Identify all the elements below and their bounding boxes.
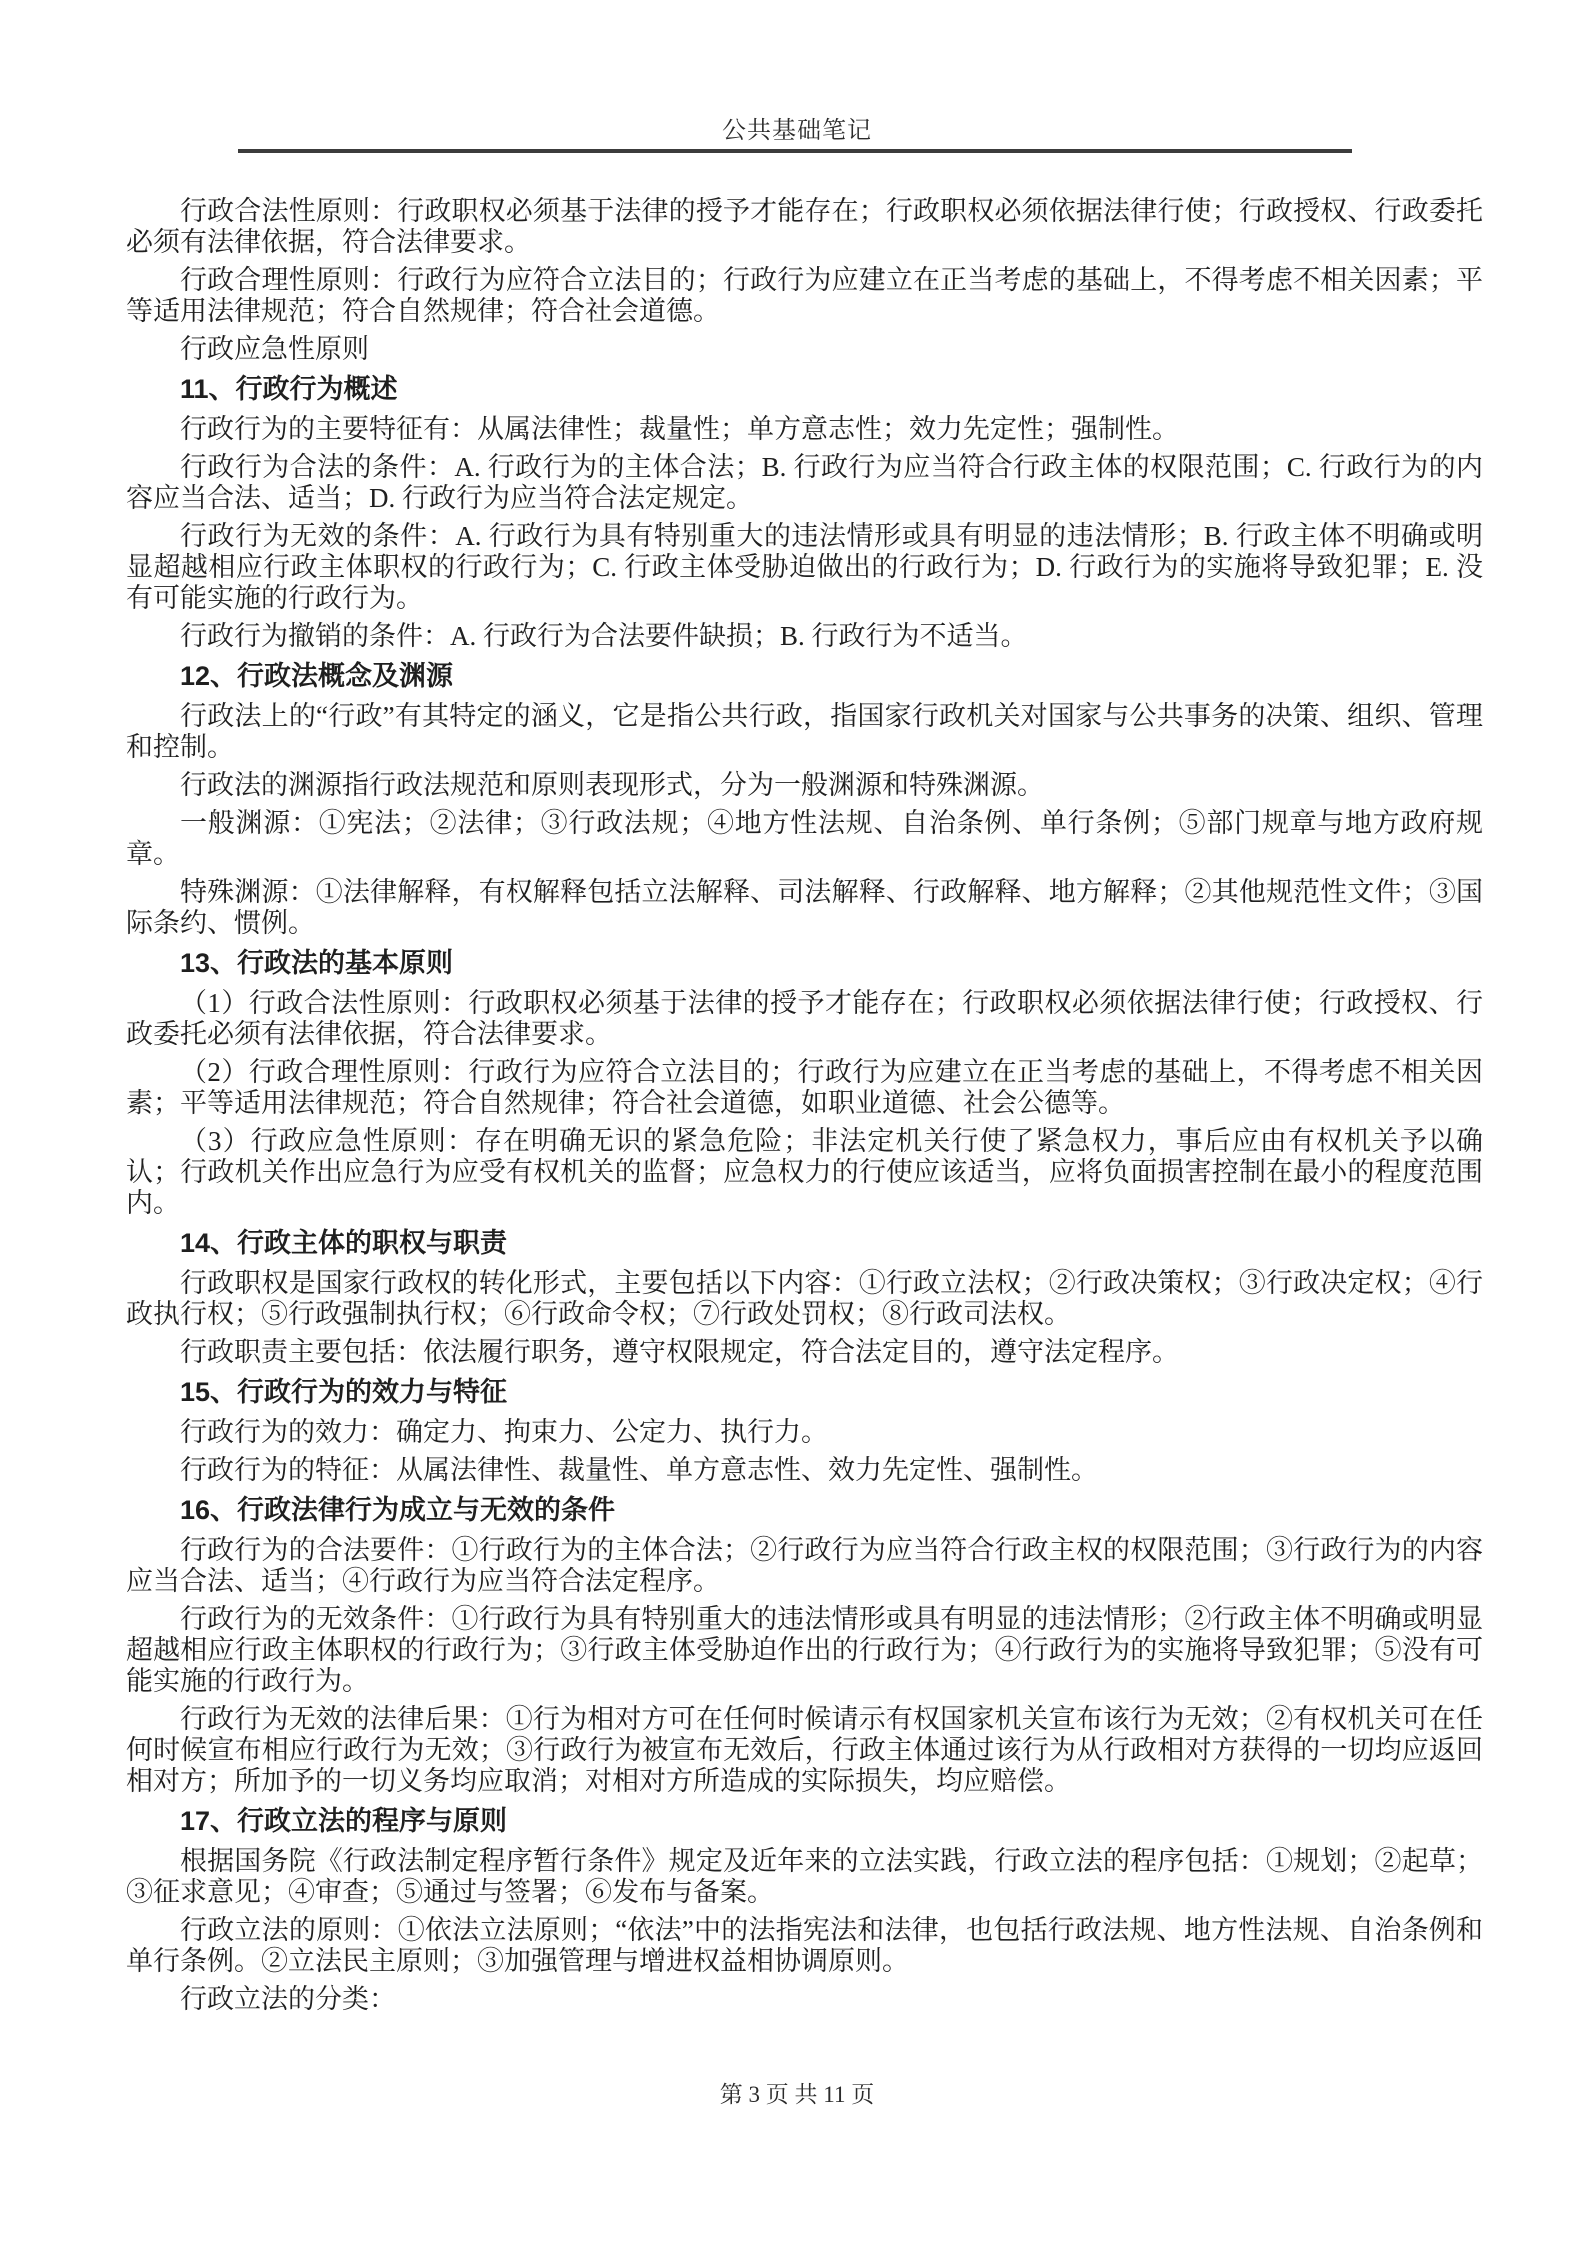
page-footer: 第 3 页 共 11 页 [0,2076,1594,2109]
paragraph: 行政行为无效的条件：A. 行政行为具有特别重大的违法情形或具有明显的违法情形；B… [126,521,1483,614]
paragraph: 根据国务院《行政法制定程序暂行条件》规定及近年来的立法实践，行政立法的程序包括：… [126,1846,1483,1908]
document-page: 公共基础笔记 行政合法性原则：行政职权必须基于法律的授予才能存在；行政职权必须依… [0,0,1594,2252]
paragraph: 一般渊源：①宪法；②法律；③行政法规；④地方性法规、自治条例、单行条例；⑤部门规… [126,808,1483,870]
paragraph: 行政行为的无效条件：①行政行为具有特别重大的违法情形或具有明显的违法情形；②行政… [126,1604,1483,1697]
paragraph: 行政行为的效力：确定力、拘束力、公定力、执行力。 [126,1417,1483,1448]
paragraph: 行政应急性原则 [126,334,1483,365]
page-title: 公共基础笔记 [0,117,1594,145]
paragraph: 行政立法的分类： [126,1984,1483,2015]
paragraph: 行政行为合法的条件：A. 行政行为的主体合法；B. 行政行为应当符合行政主体的权… [126,452,1483,514]
paragraph: 行政合理性原则：行政行为应符合立法目的；行政行为应建立在正当考虑的基础上，不得考… [126,265,1483,327]
section-heading: 11、行政行为概述 [126,374,1483,405]
paragraph: 行政行为的特征：从属法律性、裁量性、单方意志性、效力先定性、强制性。 [126,1455,1483,1486]
paragraph: 特殊渊源：①法律解释，有权解释包括立法解释、司法解释、行政解释、地方解释；②其他… [126,877,1483,939]
paragraph: 行政行为无效的法律后果：①行为相对方可在任何时候请示有权国家机关宣布该行为无效；… [126,1704,1483,1797]
paragraph: （2）行政合理性原则：行政行为应符合立法目的；行政行为应建立在正当考虑的基础上，… [126,1057,1483,1119]
section-heading: 16、行政法律行为成立与无效的条件 [126,1495,1483,1526]
section-heading: 13、行政法的基本原则 [126,948,1483,979]
section-heading: 15、行政行为的效力与特征 [126,1377,1483,1408]
paragraph: 行政行为的主要特征有：从属法律性；裁量性；单方意志性；效力先定性；强制性。 [126,414,1483,445]
paragraph: 行政立法的原则：①依法立法原则；“依法”中的法指宪法和法律，也包括行政法规、地方… [126,1915,1483,1977]
paragraph: 行政职权是国家行政权的转化形式，主要包括以下内容：①行政立法权；②行政决策权；③… [126,1268,1483,1330]
header-rule [238,149,1352,153]
paragraph: 行政合法性原则：行政职权必须基于法律的授予才能存在；行政职权必须依据法律行使；行… [126,196,1483,258]
paragraph: 行政法上的“行政”有其特定的涵义，它是指公共行政，指国家行政机关对国家与公共事务… [126,701,1483,763]
document-body: 行政合法性原则：行政职权必须基于法律的授予才能存在；行政职权必须依据法律行使；行… [126,189,1483,2022]
paragraph: （1）行政合法性原则：行政职权必须基于法律的授予才能存在；行政职权必须依据法律行… [126,988,1483,1050]
paragraph: （3）行政应急性原则：存在明确无识的紧急危险；非法定机关行使了紧急权力，事后应由… [126,1126,1483,1219]
paragraph: 行政职责主要包括：依法履行职务，遵守权限规定，符合法定目的，遵守法定程序。 [126,1337,1483,1368]
section-heading: 17、行政立法的程序与原则 [126,1806,1483,1837]
paragraph: 行政行为撤销的条件：A. 行政行为合法要件缺损；B. 行政行为不适当。 [126,621,1483,652]
section-heading: 12、行政法概念及渊源 [126,661,1483,692]
paragraph: 行政法的渊源指行政法规范和原则表现形式，分为一般渊源和特殊渊源。 [126,770,1483,801]
section-heading: 14、行政主体的职权与职责 [126,1228,1483,1259]
paragraph: 行政行为的合法要件：①行政行为的主体合法；②行政行为应当符合行政主权的权限范围；… [126,1535,1483,1597]
page-number: 第 3 页 共 11 页 [720,2082,874,2107]
